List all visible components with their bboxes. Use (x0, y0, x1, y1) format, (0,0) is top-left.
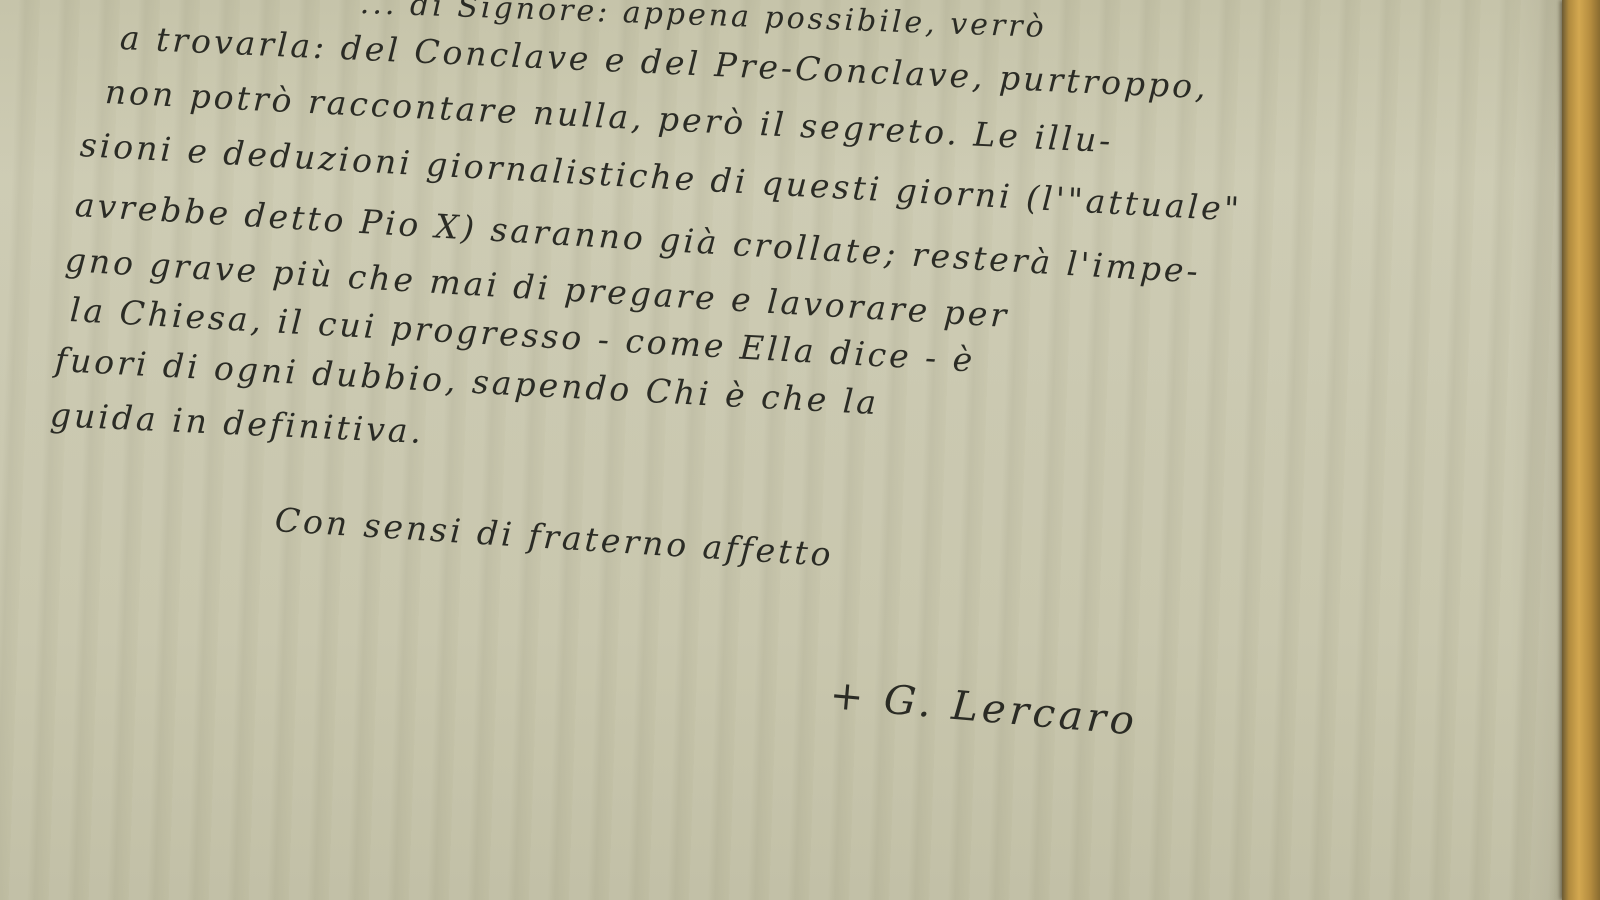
gold-frame-edge (1562, 0, 1600, 900)
